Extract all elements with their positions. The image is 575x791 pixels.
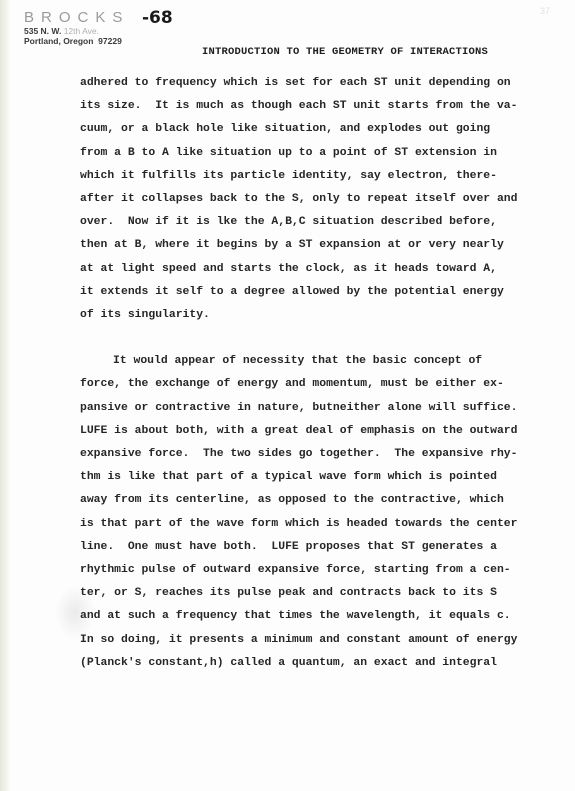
text-line: adhered to frequency which is set for ea… (80, 72, 550, 95)
text-line: pansive or contractive in nature, butnei… (80, 397, 550, 420)
text-line: LUFE is about both, with a great deal of… (80, 420, 550, 443)
scan-left-edge (0, 0, 10, 791)
stamp-address-line-1: 535 N. W. 12th Ave. (24, 26, 129, 36)
text-line: (Planck's constant,h) called a quantum, … (80, 652, 550, 675)
text-line: expansive force. The two sides go togeth… (80, 443, 550, 466)
text-line: at at light speed and starts the clock, … (80, 258, 550, 281)
stamp-street: 535 N. W. (24, 26, 61, 36)
text-line: In so doing, it presents a minimum and c… (80, 629, 550, 652)
text-line: of its singularity. (80, 304, 550, 327)
text-line: away from its centerline, as opposed to … (80, 489, 550, 512)
address-stamp: BROCKS -68 535 N. W. 12th Ave. Portland,… (24, 10, 129, 46)
text-line: it extends it self to a degree allowed b… (80, 281, 550, 304)
text-line: rhythmic pulse of outward expansive forc… (80, 559, 550, 582)
text-line: and at such a frequency that times the w… (80, 605, 550, 628)
text-line: which it fulfills its particle identity,… (80, 165, 550, 188)
stamp-street-faded: 12th Ave. (64, 26, 99, 36)
text-line: cuum, or a black hole like situation, an… (80, 118, 550, 141)
text-line: then at B, where it begins by a ST expan… (80, 234, 550, 257)
handwritten-page-number: -68 (142, 8, 173, 28)
paragraph: It would appear of necessity that the ba… (80, 350, 550, 675)
document-body: adhered to frequency which is set for ea… (80, 72, 550, 675)
text-line: is that part of the wave form which is h… (80, 513, 550, 536)
text-line: It would appear of necessity that the ba… (80, 350, 550, 373)
stamp-name: BROCKS (24, 10, 129, 26)
document-title: INTRODUCTION TO THE GEOMETRY OF INTERACT… (202, 46, 488, 58)
text-line: force, the exchange of energy and moment… (80, 373, 550, 396)
text-line: its size. It is much as though each ST u… (80, 95, 550, 118)
text-line: from a B to A like situation up to a poi… (80, 142, 550, 165)
text-line: over. Now if it is lke the A,B,C situati… (80, 211, 550, 234)
text-line: ter, or S, reaches its pulse peak and co… (80, 582, 550, 605)
stamp-address-line-2: Portland, Oregon 97229 (24, 36, 129, 46)
stamp-city: Portland, Oregon (24, 36, 93, 46)
text-line: thm is like that part of a typical wave … (80, 466, 550, 489)
paragraph: adhered to frequency which is set for ea… (80, 72, 550, 327)
corner-mark: 37 (540, 6, 550, 16)
paragraph-gap (80, 327, 550, 350)
text-line: after it collapses back to the S, only t… (80, 188, 550, 211)
text-line: line. One must have both. LUFE proposes … (80, 536, 550, 559)
stamp-zip: 97229 (98, 36, 122, 46)
